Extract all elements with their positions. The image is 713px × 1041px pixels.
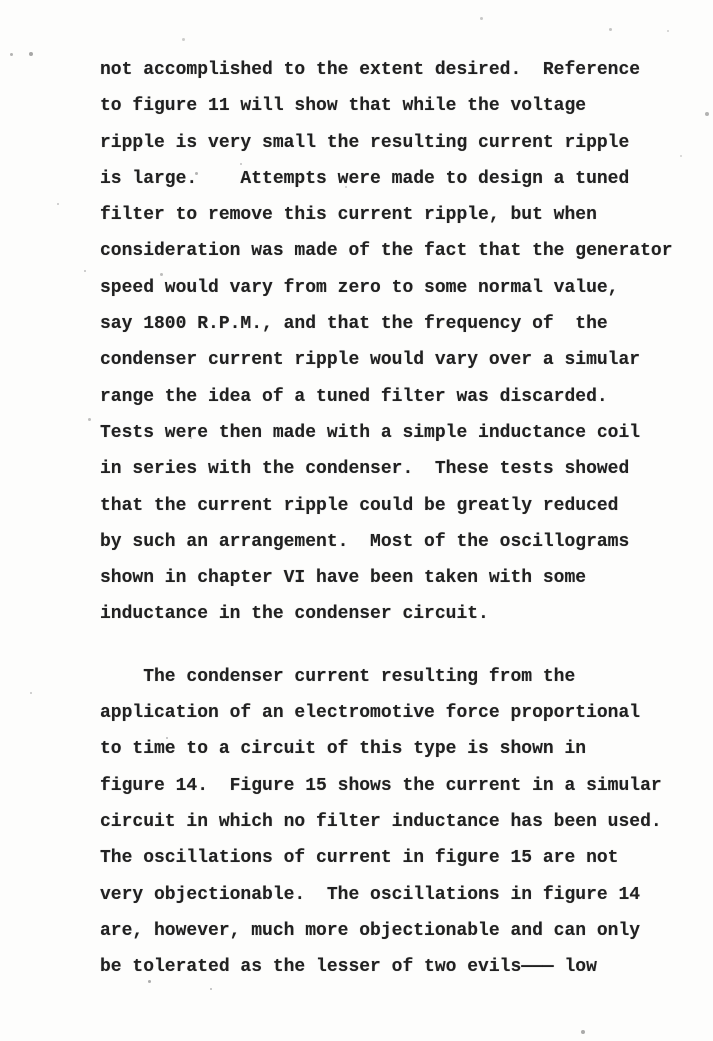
text-line: figure 14. Figure 15 shows the current i… xyxy=(100,768,690,804)
text-line: shown in chapter VI have been taken with… xyxy=(100,560,690,596)
scan-speck xyxy=(10,53,13,56)
text-line: consideration was made of the fact that … xyxy=(100,233,690,269)
text-line: say 1800 R.P.M., and that the frequency … xyxy=(100,306,690,342)
scan-speck xyxy=(705,112,709,116)
text-block: not accomplished to the extent desired. … xyxy=(100,52,690,985)
scan-speck xyxy=(30,692,32,694)
text-line: The condenser current resulting from the xyxy=(100,659,690,695)
scan-speck xyxy=(609,28,612,31)
scan-speck xyxy=(88,418,91,421)
scan-speck xyxy=(480,17,483,20)
scan-speck xyxy=(581,1030,585,1034)
text-line: that the current ripple could be greatly… xyxy=(100,488,690,524)
scan-speck xyxy=(29,52,33,56)
scan-speck xyxy=(148,980,151,983)
paragraph: The condenser current resulting from the… xyxy=(100,659,690,986)
scan-speck xyxy=(240,163,242,165)
text-line: filter to remove this current ripple, bu… xyxy=(100,197,690,233)
scan-speck xyxy=(182,38,185,41)
text-line: inductance in the condenser circuit. xyxy=(100,596,690,632)
text-line: in series with the condenser. These test… xyxy=(100,451,690,487)
scanned-document: { "page": { "kind": "scanned typewritten… xyxy=(0,0,713,1041)
text-line: be tolerated as the lesser of two evils—… xyxy=(100,949,690,985)
scan-speck xyxy=(160,273,163,276)
text-line: ripple is very small the resulting curre… xyxy=(100,125,690,161)
page: not accomplished to the extent desired. … xyxy=(0,0,713,1041)
scan-speck xyxy=(195,172,198,175)
text-line: application of an electromotive force pr… xyxy=(100,695,690,731)
text-line: to time to a circuit of this type is sho… xyxy=(100,731,690,767)
scan-speck xyxy=(57,203,59,205)
scan-speck xyxy=(667,30,669,32)
text-line: circuit in which no filter inductance ha… xyxy=(100,804,690,840)
scan-speck xyxy=(166,737,168,739)
paragraph: not accomplished to the extent desired. … xyxy=(100,52,690,633)
text-line: The oscillations of current in figure 15… xyxy=(100,840,690,876)
scan-speck xyxy=(210,988,212,990)
text-line: very objectionable. The oscillations in … xyxy=(100,877,690,913)
scan-speck xyxy=(345,186,347,188)
text-line: by such an arrangement. Most of the osci… xyxy=(100,524,690,560)
text-line: to figure 11 will show that while the vo… xyxy=(100,88,690,124)
text-line: condenser current ripple would vary over… xyxy=(100,342,690,378)
text-line: range the idea of a tuned filter was dis… xyxy=(100,379,690,415)
scan-speck xyxy=(680,155,682,157)
text-line: speed would vary from zero to some norma… xyxy=(100,270,690,306)
text-line: are, however, much more objectionable an… xyxy=(100,913,690,949)
text-line: is large. Attempts were made to design a… xyxy=(100,161,690,197)
scan-speck xyxy=(84,270,86,272)
text-line: not accomplished to the extent desired. … xyxy=(100,52,690,88)
scan-speck xyxy=(190,437,192,439)
text-line: Tests were then made with a simple induc… xyxy=(100,415,690,451)
